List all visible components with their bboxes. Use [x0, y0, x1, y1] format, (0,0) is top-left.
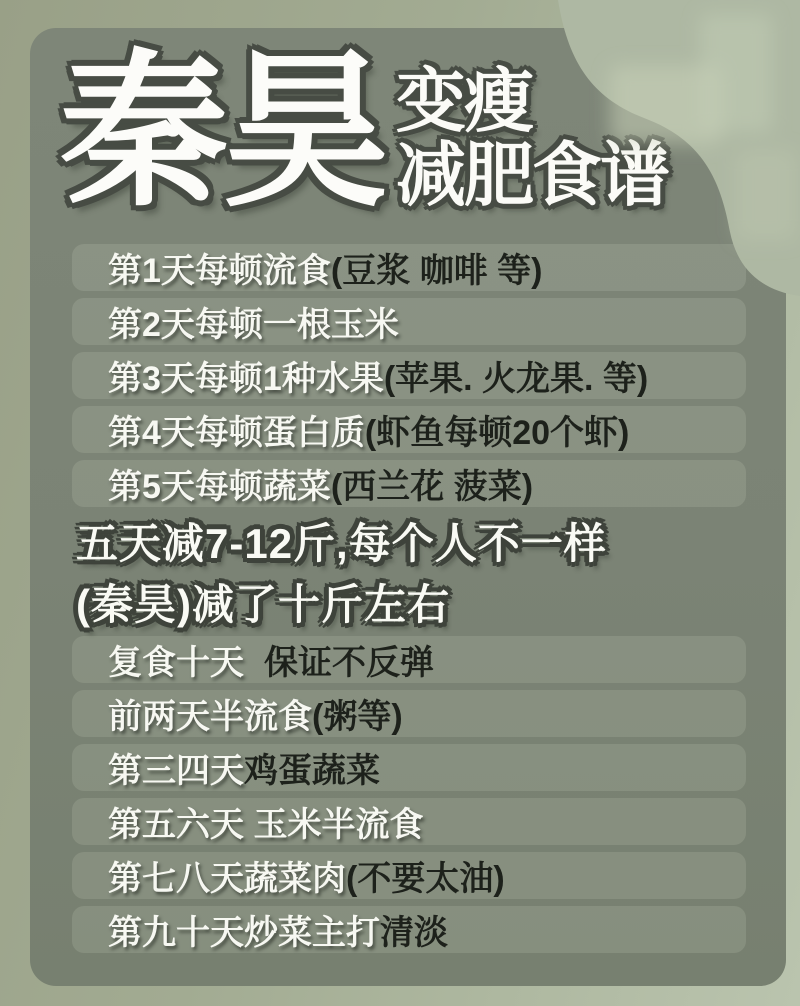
row-text-dark: 鸡蛋蔬菜 — [244, 743, 380, 792]
diet-row: 前两天半流食(粥等) — [72, 690, 746, 737]
row-text-dark: (西兰花 菠菜) — [331, 459, 533, 508]
row-text-white: 第九十天炒菜主打 — [108, 905, 380, 954]
title-subtitle-bottom: 减肥食谱 — [396, 138, 668, 212]
highlight-row: (秦昊)减了十斤左右 — [72, 575, 746, 629]
diet-row: 第1天每顿流食(豆浆 咖啡 等) — [72, 244, 746, 291]
diet-row: 第5天每顿蔬菜(西兰花 菠菜) — [72, 460, 746, 507]
diet-row: 第3天每顿1种水果(苹果. 火龙果. 等) — [72, 352, 746, 399]
diet-row: 第三四天鸡蛋蔬菜 — [72, 744, 746, 791]
row-text-white: 第2天每顿一根玉米 — [108, 297, 399, 346]
title-side: 变瘦 减肥食谱 — [396, 64, 668, 212]
row-text-dark: (粥等) — [312, 689, 403, 738]
highlight-text: (秦昊)减了十斤左右 — [76, 572, 450, 632]
diet-row: 第九十天炒菜主打清淡 — [72, 906, 746, 953]
row-text-white: 第五六天 玉米半流食 — [108, 797, 423, 846]
row-text-white: 前两天半流食 — [108, 689, 312, 738]
title-subtitle-top: 变瘦 — [396, 64, 668, 138]
row-text-dark: 清淡 — [380, 905, 448, 954]
row-text-white: 第三四天 — [108, 743, 244, 792]
row-text-dark: (豆浆 咖啡 等) — [331, 243, 543, 292]
row-text-white: 第1天每顿流食 — [108, 243, 331, 292]
diet-row: 第五六天 玉米半流食 — [72, 798, 746, 845]
row-text-dark: (不要太油) — [346, 851, 505, 900]
title-name: 秦昊 — [60, 48, 384, 216]
row-text-dark: (苹果. 火龙果. 等) — [384, 351, 648, 400]
diet-row: 第4天每顿蛋白质(虾鱼每顿20个虾) — [72, 406, 746, 453]
row-text-white: 第3天每顿1种水果 — [108, 351, 384, 400]
diet-row: 复食十天保证不反弹 — [72, 636, 746, 683]
row-text-white: 第5天每顿蔬菜 — [108, 459, 331, 508]
diet-row: 第七八天蔬菜肉(不要太油) — [72, 852, 746, 899]
diet-row: 第2天每顿一根玉米 — [72, 298, 746, 345]
row-text-white: 第4天每顿蛋白质 — [108, 405, 365, 454]
diet-poster: 秦昊 变瘦 减肥食谱 第1天每顿流食(豆浆 咖啡 等)第2天每顿一根玉米第3天每… — [0, 0, 800, 1006]
diet-list: 第1天每顿流食(豆浆 咖啡 等)第2天每顿一根玉米第3天每顿1种水果(苹果. 火… — [72, 244, 746, 960]
row-text-dark: 保证不反弹 — [264, 635, 434, 684]
row-text-dark: (虾鱼每顿20个虾) — [365, 405, 629, 454]
highlight-row: 五天减7-12斤,每个人不一样 — [72, 514, 746, 568]
poster-title: 秦昊 变瘦 减肥食谱 — [30, 28, 786, 216]
highlight-text: 五天减7-12斤,每个人不一样 — [76, 511, 607, 571]
main-panel: 秦昊 变瘦 减肥食谱 第1天每顿流食(豆浆 咖啡 等)第2天每顿一根玉米第3天每… — [30, 28, 786, 986]
row-text-white: 第七八天蔬菜肉 — [108, 851, 346, 900]
row-text-white: 复食十天 — [108, 635, 244, 684]
